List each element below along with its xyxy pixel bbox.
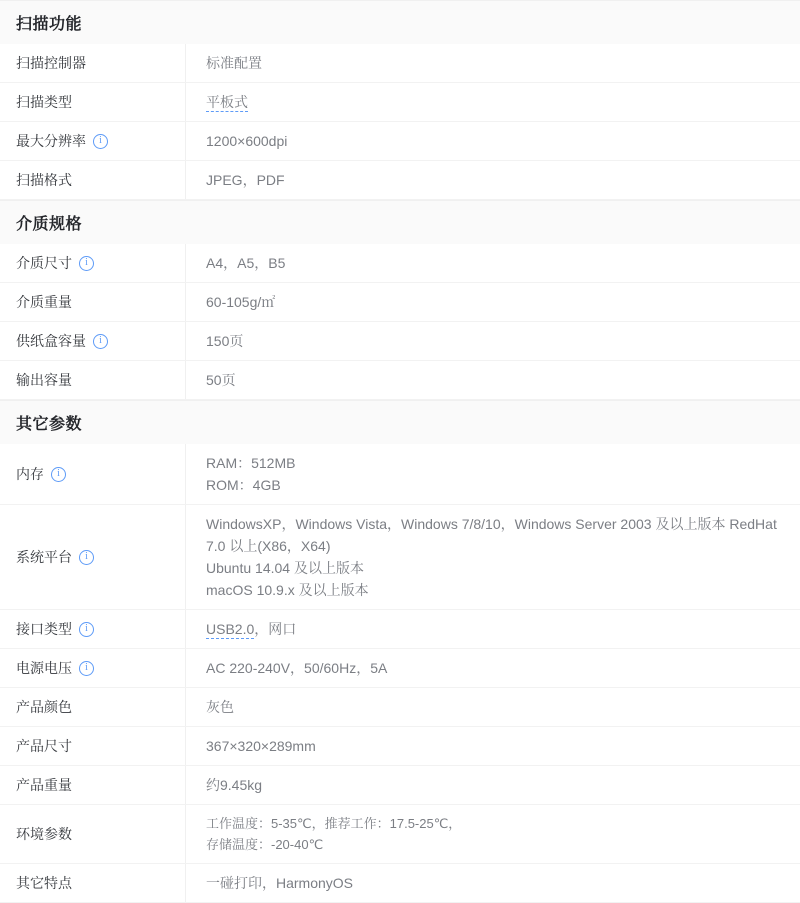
- value-text: 50页: [206, 372, 236, 388]
- value-text: WindowsXP，Windows Vista，Windows 7/8/10，W…: [206, 516, 777, 554]
- spec-label: 电源电压: [16, 658, 72, 678]
- spec-label-cell: 电源电压i: [0, 649, 186, 687]
- spec-row: 供纸盒容量i150页: [0, 322, 800, 361]
- spec-row: 介质重量60-105g/㎡: [0, 283, 800, 322]
- spec-value-cell: 60-105g/㎡: [186, 283, 800, 321]
- spec-row: 扫描类型平板式: [0, 83, 800, 122]
- spec-label-cell: 产品重量: [0, 766, 186, 804]
- value-text: 367×320×289mm: [206, 738, 316, 754]
- spec-label: 介质重量: [16, 292, 72, 312]
- spec-value-cell: RAM：512MBROM：4GB: [186, 444, 800, 504]
- spec-value-line: 150页: [206, 330, 782, 352]
- spec-label: 扫描格式: [16, 170, 72, 190]
- value-text: 1200×600dpi: [206, 133, 287, 149]
- spec-label-cell: 输出容量: [0, 361, 186, 399]
- spec-value-line: 工作温度：5-35℃，推荐工作：17.5-25℃，: [206, 813, 782, 834]
- spec-value-line: macOS 10.9.x 及以上版本: [206, 579, 782, 601]
- spec-value-cell: 50页: [186, 361, 800, 399]
- spec-label: 最大分辨率: [16, 131, 86, 151]
- spec-label: 产品尺寸: [16, 736, 72, 756]
- spec-value-line: 约9.45kg: [206, 774, 782, 796]
- section-header: 其它参数: [0, 400, 800, 444]
- spec-value-line: 平板式: [206, 91, 782, 113]
- value-text: 存储温度：-20-40℃: [206, 837, 323, 852]
- spec-label: 接口类型: [16, 619, 72, 639]
- tooltip-term[interactable]: 平板式: [206, 94, 248, 112]
- spec-row: 系统平台iWindowsXP，Windows Vista，Windows 7/8…: [0, 505, 800, 610]
- spec-value-cell: 平板式: [186, 83, 800, 121]
- spec-label: 介质尺寸: [16, 253, 72, 273]
- spec-value-line: WindowsXP，Windows Vista，Windows 7/8/10，W…: [206, 513, 782, 557]
- spec-value-line: ROM：4GB: [206, 474, 782, 496]
- spec-label: 供纸盒容量: [16, 331, 86, 351]
- spec-row: 产品颜色灰色: [0, 688, 800, 727]
- value-text: 约9.45kg: [206, 777, 262, 793]
- spec-row: 输出容量50页: [0, 361, 800, 400]
- spec-row: 产品尺寸367×320×289mm: [0, 727, 800, 766]
- spec-value-cell: 一碰打印，HarmonyOS: [186, 864, 800, 902]
- value-text: macOS 10.9.x 及以上版本: [206, 582, 369, 598]
- section-title: 扫描功能: [16, 11, 82, 34]
- tooltip-term[interactable]: USB2.0: [206, 621, 254, 639]
- spec-value-line: USB2.0，网口: [206, 618, 782, 640]
- spec-label: 扫描控制器: [16, 53, 86, 73]
- info-icon[interactable]: i: [79, 622, 94, 637]
- spec-label: 输出容量: [16, 370, 72, 390]
- spec-value-line: 50页: [206, 369, 782, 391]
- spec-label: 其它特点: [16, 873, 72, 893]
- spec-value-cell: AC 220-240V，50/60Hz，5A: [186, 649, 800, 687]
- spec-label-cell: 介质重量: [0, 283, 186, 321]
- spec-label: 系统平台: [16, 547, 72, 567]
- spec-value-line: 1200×600dpi: [206, 130, 782, 152]
- spec-value-line: 灰色: [206, 696, 782, 718]
- spec-row: 扫描控制器标准配置: [0, 44, 800, 83]
- section-title: 其它参数: [16, 411, 82, 434]
- spec-label-cell: 接口类型i: [0, 610, 186, 648]
- spec-row: 扫描格式JPEG，PDF: [0, 161, 800, 200]
- section-header: 扫描功能: [0, 0, 800, 44]
- spec-value-line: 367×320×289mm: [206, 735, 782, 757]
- spec-value-cell: 150页: [186, 322, 800, 360]
- info-icon[interactable]: i: [79, 550, 94, 565]
- spec-value-cell: WindowsXP，Windows Vista，Windows 7/8/10，W…: [186, 505, 800, 609]
- spec-value-cell: 367×320×289mm: [186, 727, 800, 765]
- spec-row: 介质尺寸iA4，A5，B5: [0, 244, 800, 283]
- spec-label-cell: 供纸盒容量i: [0, 322, 186, 360]
- spec-label: 扫描类型: [16, 92, 72, 112]
- spec-row: 最大分辨率i1200×600dpi: [0, 122, 800, 161]
- spec-label-cell: 介质尺寸i: [0, 244, 186, 282]
- spec-row: 产品重量约9.45kg: [0, 766, 800, 805]
- spec-label: 产品重量: [16, 775, 72, 795]
- spec-label-cell: 产品尺寸: [0, 727, 186, 765]
- spec-label-cell: 扫描控制器: [0, 44, 186, 82]
- spec-value-line: JPEG，PDF: [206, 169, 782, 191]
- spec-value-line: A4，A5，B5: [206, 252, 782, 274]
- value-text: 150页: [206, 333, 243, 349]
- value-text: ，网口: [254, 621, 296, 637]
- spec-value-line: RAM：512MB: [206, 452, 782, 474]
- section-header: 介质规格: [0, 200, 800, 244]
- value-text: 一碰打印，HarmonyOS: [206, 875, 353, 891]
- spec-value-line: 标准配置: [206, 52, 782, 74]
- value-text: Ubuntu 14.04 及以上版本: [206, 560, 364, 576]
- info-icon[interactable]: i: [79, 661, 94, 676]
- spec-value-line: 一碰打印，HarmonyOS: [206, 872, 782, 894]
- spec-row: 环境参数工作温度：5-35℃，推荐工作：17.5-25℃，存储温度：-20-40…: [0, 805, 800, 864]
- spec-label-cell: 环境参数: [0, 805, 186, 863]
- spec-label: 产品颜色: [16, 697, 72, 717]
- spec-label-cell: 扫描格式: [0, 161, 186, 199]
- spec-value-cell: 灰色: [186, 688, 800, 726]
- product-spec-table: 扫描功能扫描控制器标准配置扫描类型平板式最大分辨率i1200×600dpi扫描格…: [0, 0, 800, 903]
- value-text: ROM：4GB: [206, 477, 281, 493]
- value-text: JPEG，PDF: [206, 172, 285, 188]
- section-title: 介质规格: [16, 211, 82, 234]
- spec-label: 环境参数: [16, 824, 72, 844]
- spec-label-cell: 内存i: [0, 444, 186, 504]
- spec-value-line: 60-105g/㎡: [206, 291, 782, 313]
- spec-value-cell: 1200×600dpi: [186, 122, 800, 160]
- spec-label-cell: 产品颜色: [0, 688, 186, 726]
- value-text: RAM：512MB: [206, 455, 295, 471]
- spec-value-line: AC 220-240V，50/60Hz，5A: [206, 657, 782, 679]
- spec-label-cell: 其它特点: [0, 864, 186, 902]
- spec-value-cell: A4，A5，B5: [186, 244, 800, 282]
- spec-value-cell: JPEG，PDF: [186, 161, 800, 199]
- value-text: 工作温度：5-35℃，推荐工作：17.5-25℃，: [206, 816, 461, 831]
- value-text: 标准配置: [206, 55, 262, 71]
- spec-label-cell: 扫描类型: [0, 83, 186, 121]
- spec-value-cell: 工作温度：5-35℃，推荐工作：17.5-25℃，存储温度：-20-40℃: [186, 805, 800, 863]
- spec-value-cell: 标准配置: [186, 44, 800, 82]
- info-icon[interactable]: i: [51, 467, 66, 482]
- info-icon[interactable]: i: [93, 334, 108, 349]
- value-text: 60-105g/㎡: [206, 294, 275, 310]
- info-icon[interactable]: i: [93, 134, 108, 149]
- spec-row: 其它特点一碰打印，HarmonyOS: [0, 864, 800, 903]
- spec-value-line: Ubuntu 14.04 及以上版本: [206, 557, 782, 579]
- spec-label-cell: 系统平台i: [0, 505, 186, 609]
- value-text: AC 220-240V，50/60Hz，5A: [206, 660, 387, 676]
- spec-value-cell: 约9.45kg: [186, 766, 800, 804]
- spec-row: 接口类型iUSB2.0，网口: [0, 610, 800, 649]
- value-text: 灰色: [206, 699, 234, 715]
- info-icon[interactable]: i: [79, 256, 94, 271]
- spec-value-cell: USB2.0，网口: [186, 610, 800, 648]
- spec-row: 内存iRAM：512MBROM：4GB: [0, 444, 800, 505]
- spec-label-cell: 最大分辨率i: [0, 122, 186, 160]
- value-text: A4，A5，B5: [206, 255, 285, 271]
- spec-row: 电源电压iAC 220-240V，50/60Hz，5A: [0, 649, 800, 688]
- spec-label: 内存: [16, 464, 44, 484]
- spec-value-line: 存储温度：-20-40℃: [206, 834, 782, 855]
